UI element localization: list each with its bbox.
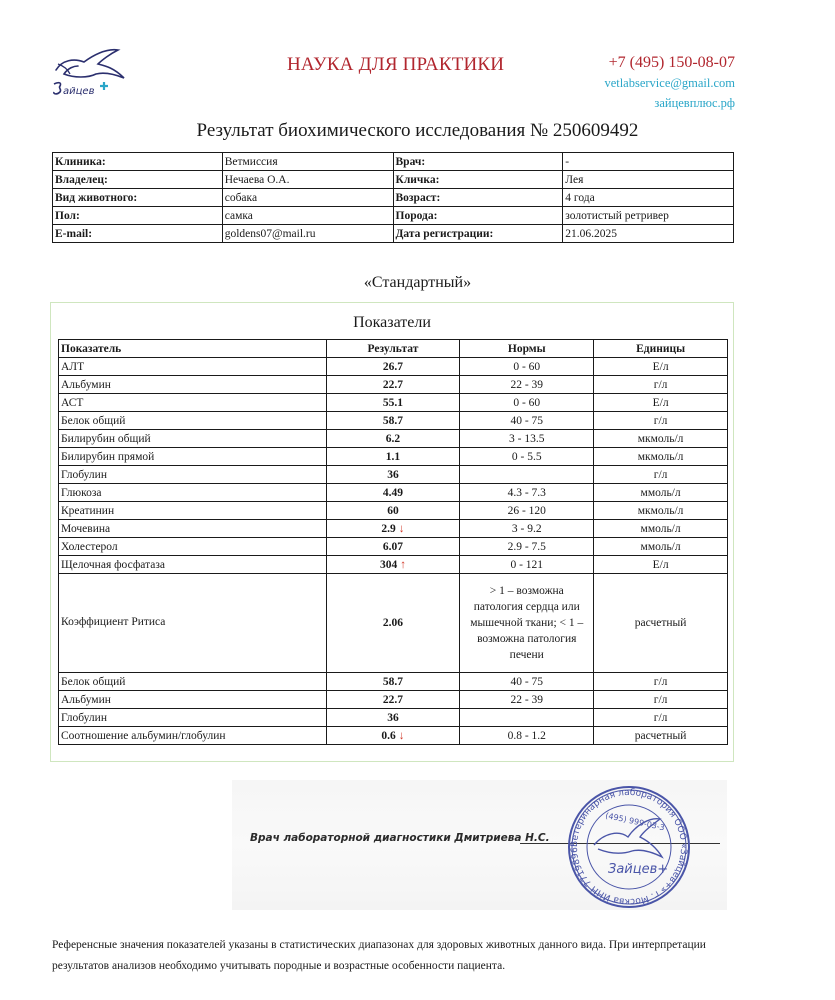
info-value: 4 года bbox=[563, 189, 734, 207]
norm-range: 3 - 9.2 bbox=[460, 520, 594, 538]
parameter-name: Белок общий bbox=[59, 412, 327, 430]
info-value: Лея bbox=[563, 171, 734, 189]
result-value: 22.7 bbox=[326, 376, 460, 394]
arrow-down-icon: ↓ bbox=[399, 730, 405, 742]
parameter-name: Белок общий bbox=[59, 673, 327, 691]
info-value: Ветмиссия bbox=[222, 153, 393, 171]
unit: Е/л bbox=[594, 394, 728, 412]
info-row: Владелец:Нечаева О.А.Кличка:Лея bbox=[53, 171, 734, 189]
info-label: Клиника: bbox=[53, 153, 223, 171]
result-number: 304 bbox=[380, 559, 397, 571]
email-link[interactable]: vetlabservice@gmail.com bbox=[604, 73, 735, 93]
result-number: 26.7 bbox=[383, 361, 403, 373]
unit: ммоль/л bbox=[594, 484, 728, 502]
unit: расчетный bbox=[594, 727, 728, 745]
info-label: Пол: bbox=[53, 207, 223, 225]
panel-title: Показатели bbox=[51, 314, 733, 338]
parameter-name: Коэффициент Ритиса bbox=[59, 574, 327, 673]
result-value: 36 bbox=[326, 466, 460, 484]
result-number: 22.7 bbox=[383, 694, 403, 706]
column-header-result: Результат bbox=[326, 340, 460, 358]
table-row: Билирубин общий6.23 - 13.5мкмоль/л bbox=[59, 430, 728, 448]
unit: г/л bbox=[594, 673, 728, 691]
info-label: Порода: bbox=[393, 207, 563, 225]
result-value: 58.7 bbox=[326, 673, 460, 691]
result-value: 1.1 bbox=[326, 448, 460, 466]
result-number: 1.1 bbox=[386, 451, 400, 463]
norm-range: 22 - 39 bbox=[460, 376, 594, 394]
website-link[interactable]: зайцевплюс.рф bbox=[604, 93, 735, 113]
info-label: Врач: bbox=[393, 153, 563, 171]
info-row: E-mail:goldens07@mail.ruДата регистрации… bbox=[53, 225, 734, 243]
document-title: Результат биохимического исследования № … bbox=[0, 120, 835, 142]
unit: мкмоль/л bbox=[594, 430, 728, 448]
reference-footnote: Референсные значения показателей указаны… bbox=[52, 935, 742, 977]
info-label: Дата регистрации: bbox=[393, 225, 563, 243]
info-row: Вид животного:собакаВозраст:4 года bbox=[53, 189, 734, 207]
table-row: Мочевина2.9↓3 - 9.2ммоль/л bbox=[59, 520, 728, 538]
result-value: 26.7 bbox=[326, 358, 460, 376]
unit: г/л bbox=[594, 376, 728, 394]
parameter-name: Мочевина bbox=[59, 520, 327, 538]
unit: г/л bbox=[594, 691, 728, 709]
table-row: Глюкоза4.494.3 - 7.3ммоль/л bbox=[59, 484, 728, 502]
unit: Е/л bbox=[594, 358, 728, 376]
results-header-row: Показатель Результат Нормы Единицы bbox=[59, 340, 728, 358]
slogan: НАУКА ДЛЯ ПРАКТИКИ bbox=[287, 54, 504, 76]
result-number: 60 bbox=[387, 505, 399, 517]
info-label: Кличка: bbox=[393, 171, 563, 189]
arrow-up-icon: ↑ bbox=[400, 559, 406, 571]
result-number: 58.7 bbox=[383, 415, 403, 427]
result-number: 58.7 bbox=[383, 676, 403, 688]
parameter-name: Глюкоза bbox=[59, 484, 327, 502]
column-header-units: Единицы bbox=[594, 340, 728, 358]
norm-range: 2.9 - 7.5 bbox=[460, 538, 594, 556]
hare-logo-icon: айцев bbox=[48, 42, 130, 102]
doctor-signature-text: Врач лабораторной диагностики Дмитриева … bbox=[250, 832, 550, 844]
unit: г/л bbox=[594, 709, 728, 727]
arrow-down-icon: ↓ bbox=[399, 523, 405, 535]
lab-stamp: Ветеринарная лаборатория ООО «Зайцев+» г… bbox=[564, 785, 694, 910]
column-header-parameter: Показатель bbox=[59, 340, 327, 358]
unit: г/л bbox=[594, 412, 728, 430]
results-panel: Показатели Показатель Результат Нормы Ед… bbox=[50, 302, 734, 762]
info-value: 21.06.2025 bbox=[563, 225, 734, 243]
phone-number[interactable]: +7 (495) 150-08-07 bbox=[604, 53, 735, 73]
info-label: E-mail: bbox=[53, 225, 223, 243]
table-row: Коэффициент Ритиса2.06> 1 – возможна пат… bbox=[59, 574, 728, 673]
info-value: goldens07@mail.ru bbox=[222, 225, 393, 243]
parameter-name: Холестерол bbox=[59, 538, 327, 556]
norm-range: 0.8 - 1.2 bbox=[460, 727, 594, 745]
norm-range: 26 - 120 bbox=[460, 502, 594, 520]
info-row: Клиника:ВетмиссияВрач:- bbox=[53, 153, 734, 171]
table-row: Билирубин прямой1.10 - 5.5мкмоль/л bbox=[59, 448, 728, 466]
norm-range: 22 - 39 bbox=[460, 691, 594, 709]
table-row: Глобулин36г/л bbox=[59, 466, 728, 484]
column-header-norms: Нормы bbox=[460, 340, 594, 358]
result-number: 36 bbox=[387, 712, 399, 724]
norm-range: 4.3 - 7.3 bbox=[460, 484, 594, 502]
parameter-name: Глобулин bbox=[59, 709, 327, 727]
info-value: - bbox=[563, 153, 734, 171]
result-number: 22.7 bbox=[383, 379, 403, 391]
svg-text:айцев: айцев bbox=[63, 86, 95, 97]
norm-range: 0 - 121 bbox=[460, 556, 594, 574]
table-row: Щелочная фосфатаза304↑0 - 121Е/л bbox=[59, 556, 728, 574]
result-number: 55.1 bbox=[383, 397, 403, 409]
parameter-name: Соотношение альбумин/глобулин bbox=[59, 727, 327, 745]
unit: Е/л bbox=[594, 556, 728, 574]
unit: ммоль/л bbox=[594, 520, 728, 538]
norm-range: 40 - 75 bbox=[460, 673, 594, 691]
info-label: Возраст: bbox=[393, 189, 563, 207]
info-value: собака bbox=[222, 189, 393, 207]
parameter-name: Щелочная фосфатаза bbox=[59, 556, 327, 574]
company-logo: айцев bbox=[48, 42, 130, 102]
result-value: 22.7 bbox=[326, 691, 460, 709]
table-row: АСТ55.10 - 60Е/л bbox=[59, 394, 728, 412]
stamp-icon: Ветеринарная лаборатория ООО «Зайцев+» г… bbox=[564, 785, 694, 910]
norm-range: 0 - 60 bbox=[460, 394, 594, 412]
results-table: Показатель Результат Нормы Единицы АЛТ26… bbox=[58, 339, 728, 745]
result-value: 4.49 bbox=[326, 484, 460, 502]
result-number: 6.2 bbox=[386, 433, 400, 445]
result-value: 6.07 bbox=[326, 538, 460, 556]
info-row: Пол:самкаПорода:золотистый ретривер bbox=[53, 207, 734, 225]
result-value: 60 bbox=[326, 502, 460, 520]
info-value: самка bbox=[222, 207, 393, 225]
result-value: 36 bbox=[326, 709, 460, 727]
profile-name: «Стандартный» bbox=[0, 274, 835, 292]
unit: мкмоль/л bbox=[594, 502, 728, 520]
unit: расчетный bbox=[594, 574, 728, 673]
table-row: Глобулин36г/л bbox=[59, 709, 728, 727]
parameter-name: Альбумин bbox=[59, 376, 327, 394]
norm-range: 40 - 75 bbox=[460, 412, 594, 430]
contacts: +7 (495) 150-08-07 vetlabservice@gmail.c… bbox=[604, 53, 735, 113]
parameter-name: Глобулин bbox=[59, 466, 327, 484]
patient-info-table: Клиника:ВетмиссияВрач:-Владелец:Нечаева … bbox=[52, 152, 734, 243]
table-row: Альбумин22.722 - 39г/л bbox=[59, 376, 728, 394]
result-number: 0.6 bbox=[381, 730, 395, 742]
parameter-name: Креатинин bbox=[59, 502, 327, 520]
table-row: Соотношение альбумин/глобулин0.6↓0.8 - 1… bbox=[59, 727, 728, 745]
table-row: Белок общий58.740 - 75г/л bbox=[59, 412, 728, 430]
result-value: 55.1 bbox=[326, 394, 460, 412]
table-row: Холестерол6.072.9 - 7.5ммоль/л bbox=[59, 538, 728, 556]
table-row: Альбумин22.722 - 39г/л bbox=[59, 691, 728, 709]
result-value: 58.7 bbox=[326, 412, 460, 430]
info-label: Владелец: bbox=[53, 171, 223, 189]
result-value: 2.06 bbox=[326, 574, 460, 673]
result-number: 4.49 bbox=[383, 487, 403, 499]
result-number: 36 bbox=[387, 469, 399, 481]
norm-range: 0 - 5.5 bbox=[460, 448, 594, 466]
result-value: 0.6↓ bbox=[326, 727, 460, 745]
result-value: 2.9↓ bbox=[326, 520, 460, 538]
result-number: 2.06 bbox=[383, 617, 403, 629]
unit: мкмоль/л bbox=[594, 448, 728, 466]
table-row: Белок общий58.740 - 75г/л bbox=[59, 673, 728, 691]
unit: ммоль/л bbox=[594, 538, 728, 556]
parameter-name: Билирубин общий bbox=[59, 430, 327, 448]
parameter-name: АСТ bbox=[59, 394, 327, 412]
norm-range: > 1 – возможна патология сердца или мыше… bbox=[460, 574, 594, 673]
parameter-name: АЛТ bbox=[59, 358, 327, 376]
norm-range: 3 - 13.5 bbox=[460, 430, 594, 448]
norm-range bbox=[460, 709, 594, 727]
parameter-name: Билирубин прямой bbox=[59, 448, 327, 466]
info-label: Вид животного: bbox=[53, 189, 223, 207]
result-number: 6.07 bbox=[383, 541, 403, 553]
norm-range: 0 - 60 bbox=[460, 358, 594, 376]
parameter-name: Альбумин bbox=[59, 691, 327, 709]
result-number: 2.9 bbox=[381, 523, 395, 535]
unit: г/л bbox=[594, 466, 728, 484]
info-value: Нечаева О.А. bbox=[222, 171, 393, 189]
info-value: золотистый ретривер bbox=[563, 207, 734, 225]
result-value: 304↑ bbox=[326, 556, 460, 574]
result-value: 6.2 bbox=[326, 430, 460, 448]
table-row: АЛТ26.70 - 60Е/л bbox=[59, 358, 728, 376]
norm-range bbox=[460, 466, 594, 484]
table-row: Креатинин6026 - 120мкмоль/л bbox=[59, 502, 728, 520]
svg-text:Зайцев+: Зайцев+ bbox=[608, 862, 668, 877]
